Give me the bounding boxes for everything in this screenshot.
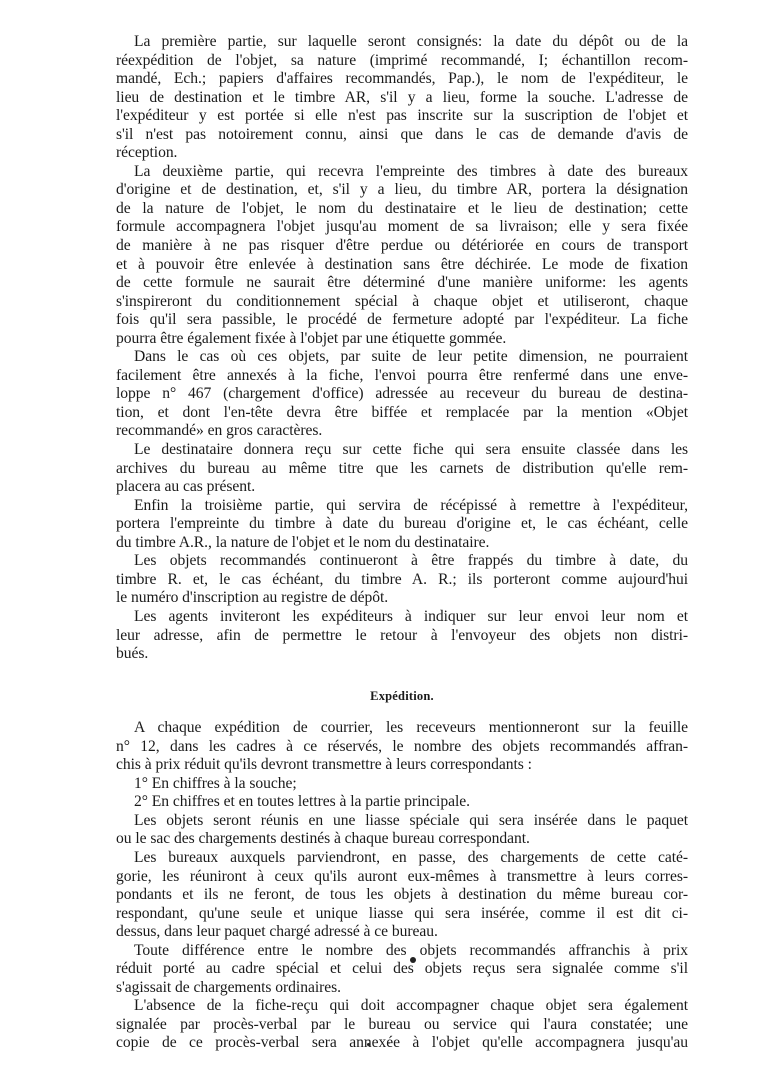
text-line: recommandé» en gros caractères. bbox=[116, 422, 688, 441]
text-line: n° 12, dans les cadres à ce réservés, le… bbox=[116, 738, 688, 757]
text-line: d'origine et de destination, et, s'il y … bbox=[116, 181, 688, 200]
text-line: pondants et ils ne feront, de tous les o… bbox=[116, 886, 688, 905]
text-line: s'inspireront du conditionnement spécial… bbox=[116, 293, 688, 312]
text-line: signalée par procès-verbal par le bureau… bbox=[116, 1016, 688, 1035]
paragraph-absence-fiche-recu: L'absence de la fiche-reçu qui doit acco… bbox=[116, 997, 688, 1053]
text-line: Les objets seront réunis en une liasse s… bbox=[116, 812, 688, 831]
scan-speck bbox=[388, 1042, 390, 1044]
text-line: bués. bbox=[116, 645, 688, 664]
text-line: Les agents inviteront les expéditeurs à … bbox=[116, 608, 688, 627]
text-line: s'agissait de chargements ordinaires. bbox=[116, 979, 688, 998]
text-line: La première partie, sur laquelle seront … bbox=[116, 33, 688, 52]
text-line: Dans le cas où ces objets, par suite de … bbox=[116, 348, 688, 367]
text-line: La deuxième partie, qui recevra l'emprei… bbox=[116, 163, 688, 182]
text-line: chis à prix réduit qu'ils devront transm… bbox=[116, 756, 688, 775]
text-line: copie de ce procès-verbal sera annexée à… bbox=[116, 1034, 688, 1053]
text-line: leur adresse, afin de permettre le retou… bbox=[116, 627, 688, 646]
text-line: 2° En chiffres et en toutes lettres à la… bbox=[116, 793, 688, 812]
text-line: Toute différence entre le nombre des obj… bbox=[116, 942, 688, 961]
list-item-1: 1° En chiffres à la souche; bbox=[116, 775, 688, 794]
text-line: gorie, les réuniront à ceux qu'ils auron… bbox=[116, 868, 688, 887]
paragraph-destinataire: Le destinataire donnera reçu sur cette f… bbox=[116, 441, 688, 497]
text-line: réception. bbox=[116, 144, 688, 163]
paragraph-chaque-expedition: A chaque expédition de courrier, les rec… bbox=[116, 719, 688, 775]
text-line: s'il n'est pas notoirement connu, ainsi … bbox=[116, 126, 688, 145]
text-line: pourra être également fixée à l'objet pa… bbox=[116, 330, 688, 349]
text-line: de la nature de l'objet, le nom du desti… bbox=[116, 200, 688, 219]
paragraph-premiere-partie: La première partie, sur laquelle seront … bbox=[116, 33, 688, 163]
text-line: Enfin la troisième partie, qui servira d… bbox=[116, 497, 688, 516]
text-line: de cette formule ne saurait être détermi… bbox=[116, 274, 688, 293]
scan-speck bbox=[367, 1043, 370, 1046]
paragraph-liasse-speciale: Les objets seront réunis en une liasse s… bbox=[116, 812, 688, 849]
text-line: réexpédition de l'objet, sa nature (impr… bbox=[116, 52, 688, 71]
paragraph-bureaux-en-passe: Les bureaux auxquels parviendront, en pa… bbox=[116, 849, 688, 942]
paragraph-deuxieme-partie: La deuxième partie, qui recevra l'emprei… bbox=[116, 163, 688, 348]
text-line: L'absence de la fiche-reçu qui doit acco… bbox=[116, 997, 688, 1016]
text-line: facilement être annexés à la fiche, l'en… bbox=[116, 367, 688, 386]
paragraph-agents: Les agents inviteront les expéditeurs à … bbox=[116, 608, 688, 664]
paragraph-petite-dimension: Dans le cas où ces objets, par suite de … bbox=[116, 348, 688, 441]
paragraph-objets-recommandes: Les objets recommandés continueront à êt… bbox=[116, 552, 688, 608]
text-line: loppe n° 467 (chargement d'office) adres… bbox=[116, 385, 688, 404]
text-line: timbre R. et, le cas échéant, du timbre … bbox=[116, 571, 688, 590]
document-page: La première partie, sur laquelle seront … bbox=[116, 33, 688, 1053]
text-line: placera au cas présent. bbox=[116, 478, 688, 497]
text-line: portera l'empreinte du timbre à date du … bbox=[116, 515, 688, 534]
section-heading: Expédition. bbox=[116, 687, 688, 706]
text-line: formule accompagnera l'objet jusqu'au mo… bbox=[116, 218, 688, 237]
text-line: fois qu'il sera passible, le procédé de … bbox=[116, 311, 688, 330]
text-line: dessus, dans leur paquet chargé adressé … bbox=[116, 923, 688, 942]
text-line: Le destinataire donnera reçu sur cette f… bbox=[116, 441, 688, 460]
text-line: réduit porté au cadre spécial et celui d… bbox=[116, 960, 688, 979]
text-line: Les bureaux auxquels parviendront, en pa… bbox=[116, 849, 688, 868]
text-line: ou le sac des chargements destinés à cha… bbox=[116, 830, 688, 849]
list-item-2: 2° En chiffres et en toutes lettres à la… bbox=[116, 793, 688, 812]
text-line: et à pouvoir être enlevée à destination … bbox=[116, 256, 688, 275]
text-line: du timbre A.R., la nature de l'objet et … bbox=[116, 534, 688, 553]
text-line: respondant, qu'une seule et unique liass… bbox=[116, 905, 688, 924]
text-line: lieu de destination et le timbre AR, s'i… bbox=[116, 89, 688, 108]
text-line: mandé, Ech.; papiers d'affaires recomman… bbox=[116, 70, 688, 89]
scan-speck bbox=[410, 957, 416, 963]
paragraph-toute-difference: Toute différence entre le nombre des obj… bbox=[116, 942, 688, 998]
text-line: A chaque expédition de courrier, les rec… bbox=[116, 719, 688, 738]
text-line: de manière à ne pas risquer d'être perdu… bbox=[116, 237, 688, 256]
text-line: l'expéditeur y est portée si elle n'est … bbox=[116, 107, 688, 126]
text-line: archives du bureau au même titre que les… bbox=[116, 460, 688, 479]
text-line: 1° En chiffres à la souche; bbox=[116, 775, 688, 794]
paragraph-troisieme-partie: Enfin la troisième partie, qui servira d… bbox=[116, 497, 688, 553]
text-line: Les objets recommandés continueront à êt… bbox=[116, 552, 688, 571]
text-line: le numéro d'inscription au registre de d… bbox=[116, 589, 688, 608]
text-line: tion, et dont l'en-tête devra être biffé… bbox=[116, 404, 688, 423]
